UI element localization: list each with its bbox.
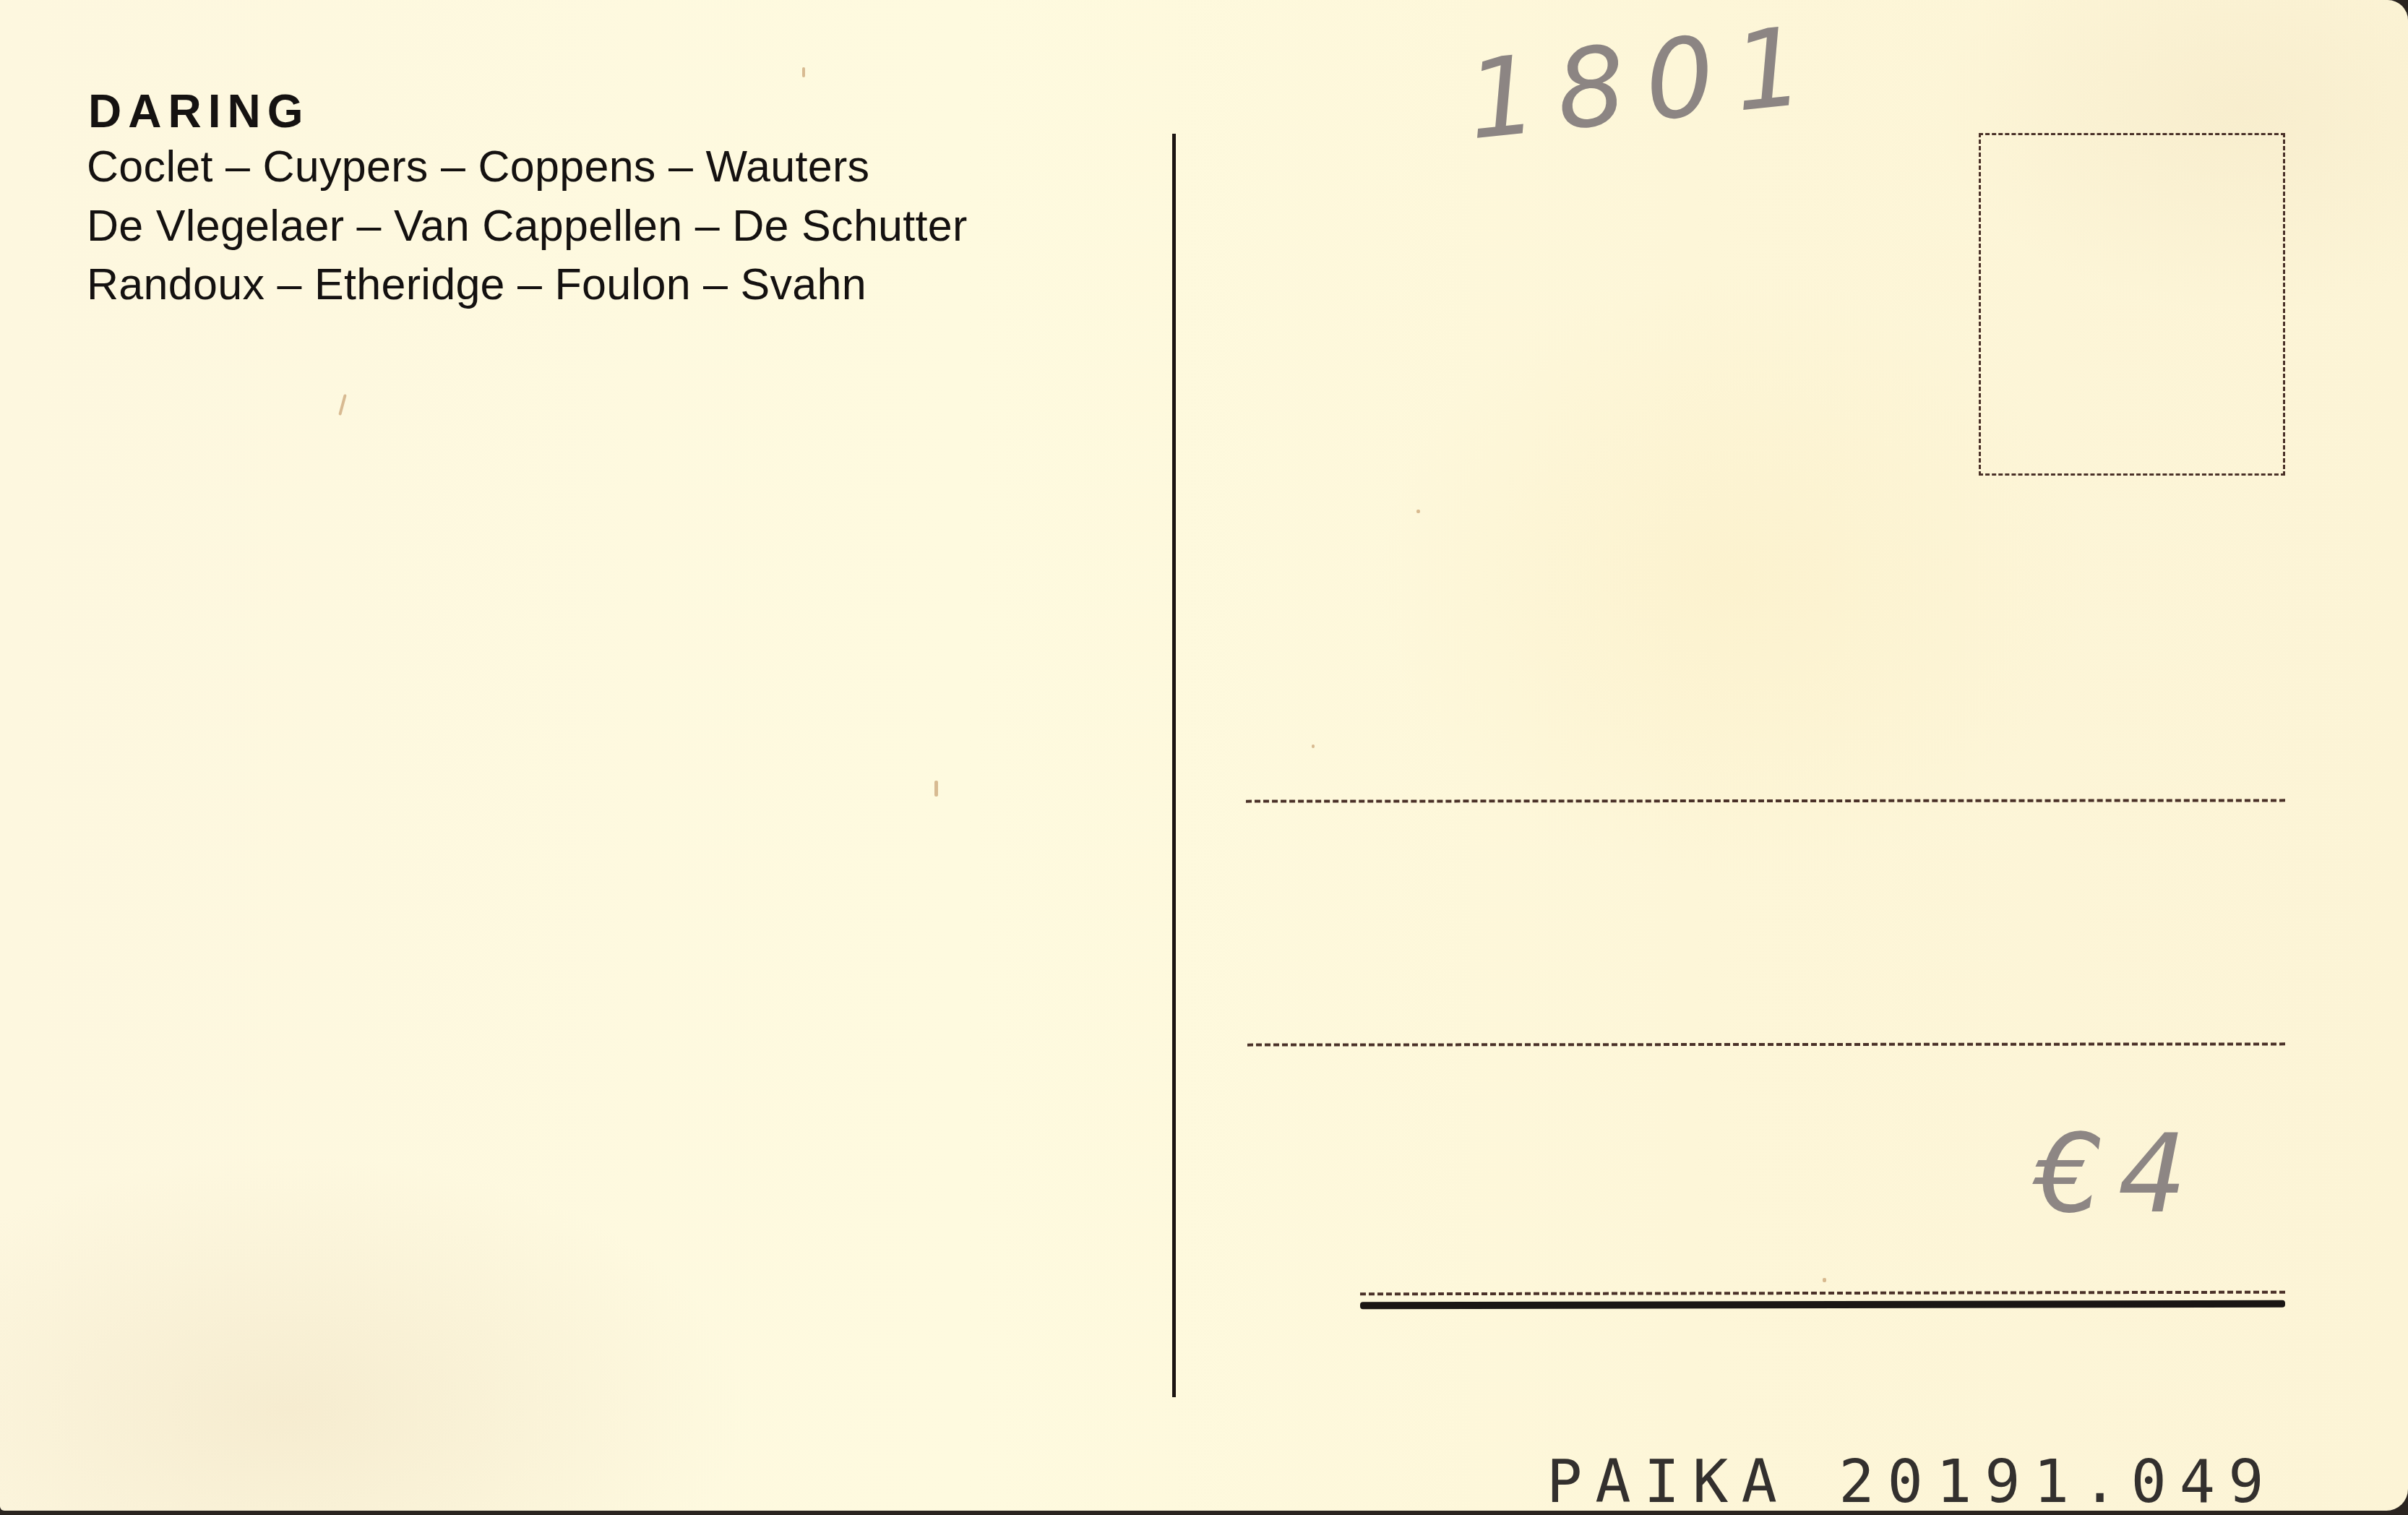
paper-speck <box>934 781 938 797</box>
paper-speck <box>1312 744 1315 748</box>
handwritten-price: €4 <box>2034 1120 2201 1229</box>
handwritten-archive-reference: PAIKA 20191.049 <box>1547 1453 2277 1511</box>
handwritten-number: 1801 <box>1463 11 1829 156</box>
team-name-heading: DARING <box>88 88 309 134</box>
paper-speck <box>1416 510 1420 513</box>
paper-speck <box>338 394 347 416</box>
address-underline <box>1360 1300 2285 1310</box>
roster-line-2: De Vlegelaer – Van Cappellen – De Schutt… <box>87 204 968 248</box>
roster-line-3: Randoux – Etheridge – Foulon – Svahn <box>87 262 867 306</box>
paper-speck <box>1823 1278 1826 1282</box>
stamp-box <box>1979 133 2285 476</box>
address-line-3 <box>1360 1291 2285 1296</box>
vertical-divider <box>1172 134 1176 1397</box>
paper-speck <box>802 67 805 77</box>
address-line-1 <box>1246 799 2285 802</box>
address-line-2 <box>1247 1042 2285 1046</box>
roster-line-1: Coclet – Cuypers – Coppens – Wauters <box>87 145 869 189</box>
postcard-back: DARING Coclet – Cuypers – Coppens – Waut… <box>0 0 2408 1511</box>
